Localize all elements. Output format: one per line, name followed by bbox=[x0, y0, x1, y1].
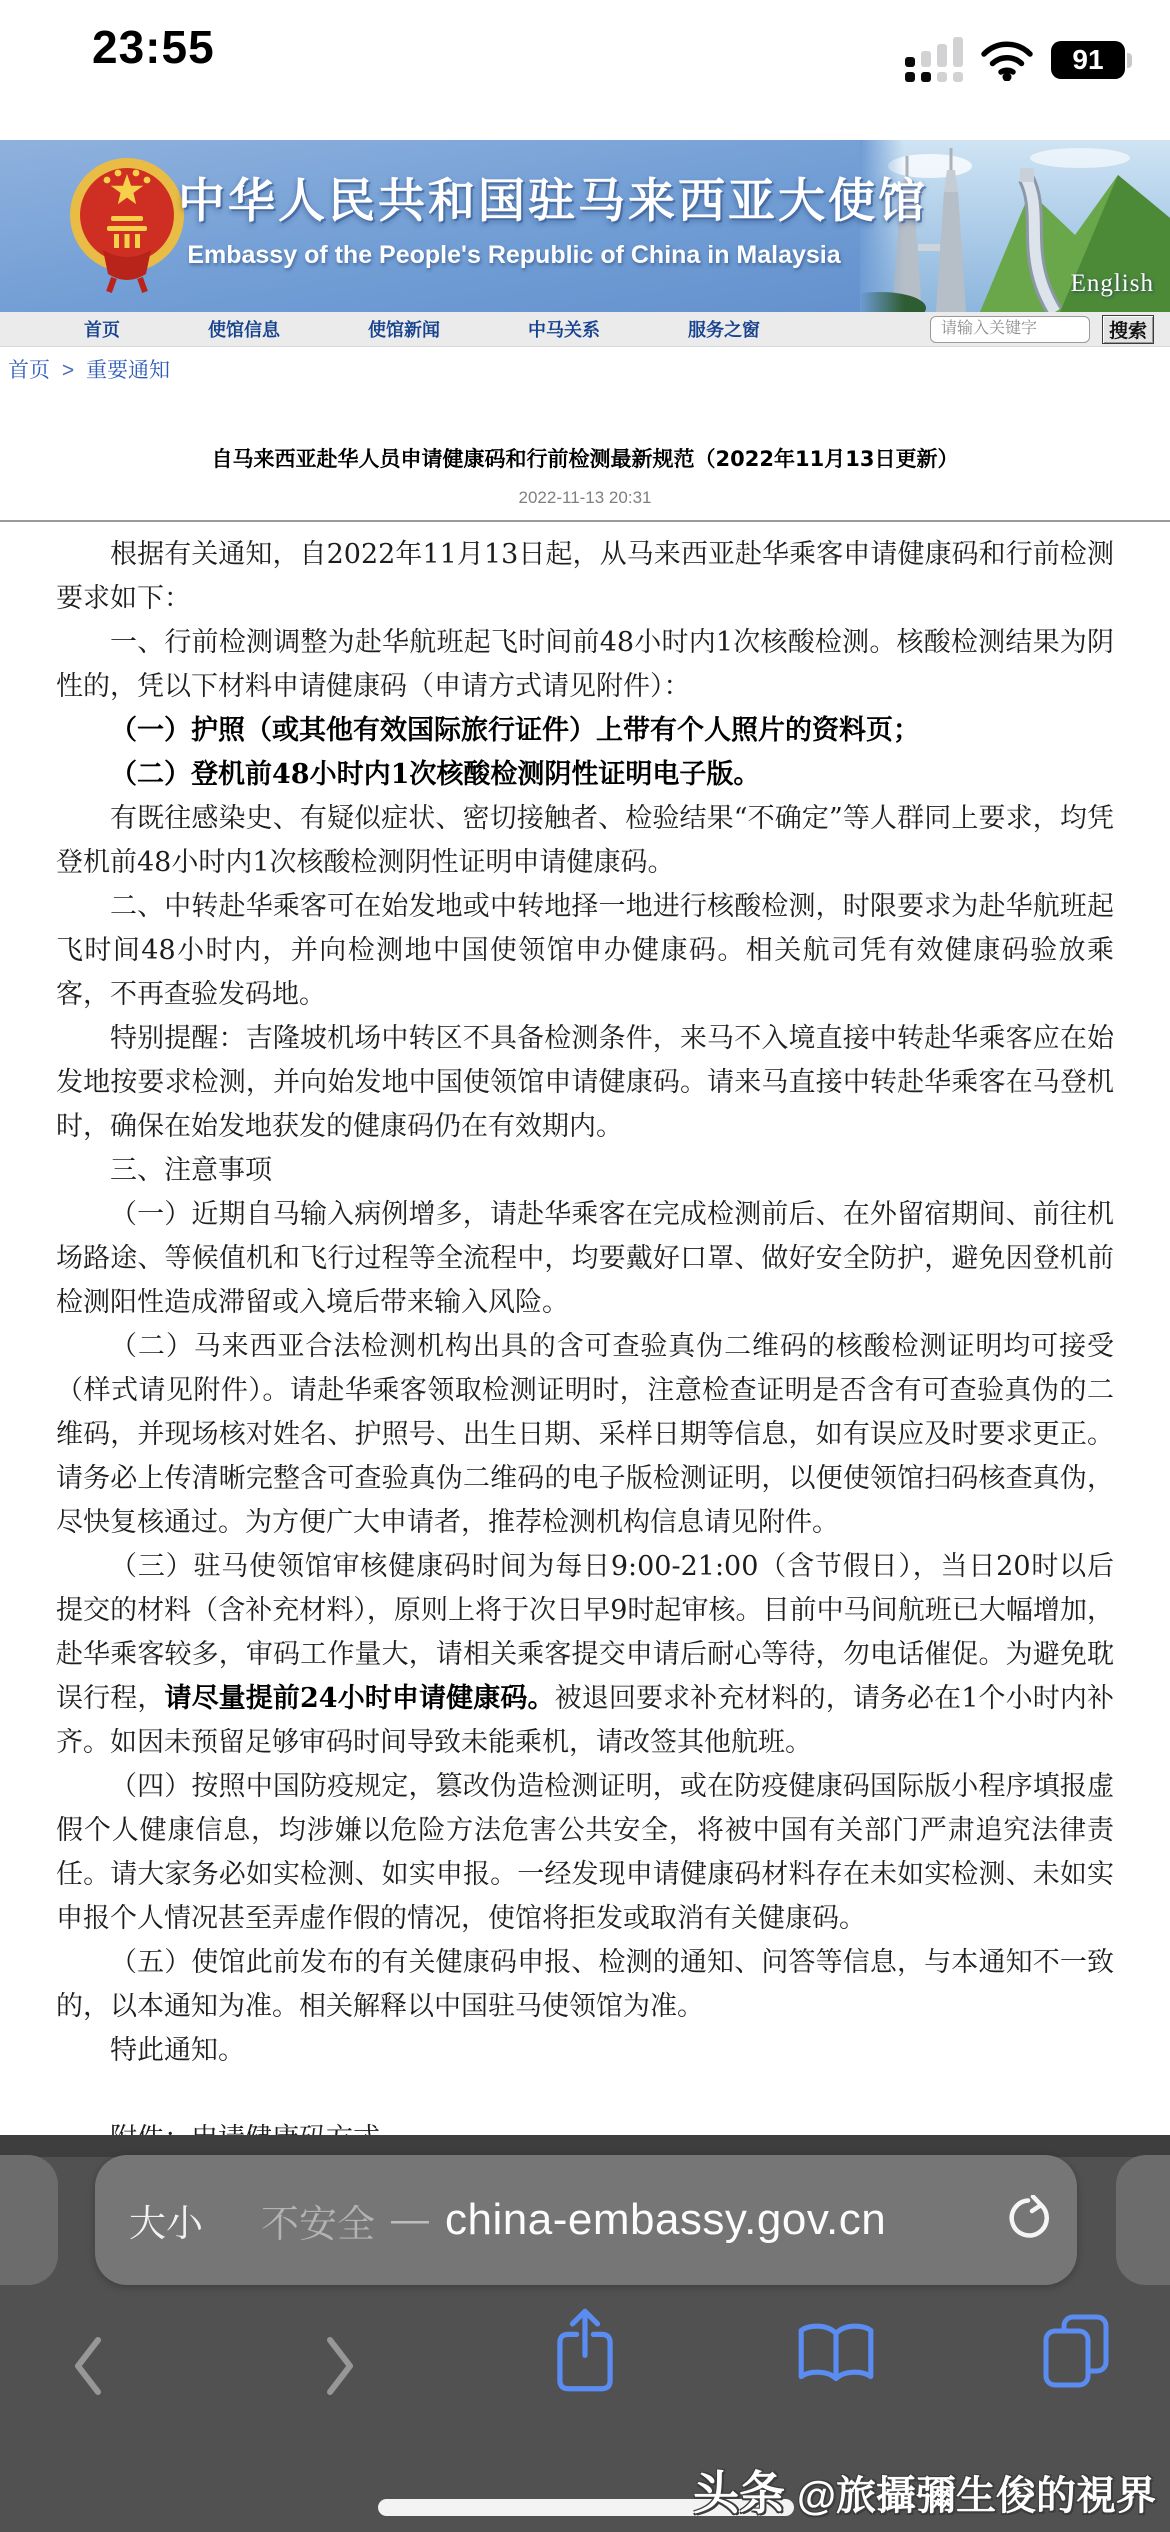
nav-link[interactable]: 使馆信息 bbox=[208, 316, 280, 342]
share-icon[interactable] bbox=[551, 2303, 619, 2395]
nav-link[interactable]: 使馆新闻 bbox=[368, 316, 440, 342]
article-paragraph: （二）登机前48小时内1次核酸检测阴性证明电子版。 bbox=[56, 753, 1114, 797]
breadcrumb-home-link[interactable]: 首页 bbox=[8, 359, 50, 382]
national-emblem bbox=[66, 154, 188, 301]
article-paragraph: 根据有关通知，自2022年11月13日起，从马来西亚赴华乘客申请健康码和行前检测… bbox=[56, 533, 1114, 621]
embassy-banner: 中华人民共和国驻马来西亚大使馆 Embassy of the People's … bbox=[0, 140, 1170, 312]
article-paragraph: （二）马来西亚合法检测机构出具的含可查验真伪二维码的核酸检测证明均可接受（样式请… bbox=[56, 1325, 1114, 1545]
article-date: 2022-11-13 20:31 bbox=[0, 488, 1170, 508]
address-bar[interactable]: 大小 不安全 — china-embassy.gov.cn bbox=[95, 2155, 1077, 2285]
refresh-icon[interactable] bbox=[1005, 2195, 1051, 2245]
article-paragraph: （五）使馆此前发布的有关健康码申报、检测的通知、问答等信息，与本通知不一致的，以… bbox=[56, 1941, 1114, 2029]
notice-article: 自马来西亚赴华人员申请健康码和行前检测最新规范（2022年11月13日更新） 2… bbox=[0, 443, 1170, 2161]
battery-icon: 91 bbox=[1051, 41, 1132, 79]
watermark: 头条 @旅攝彌生俊的視界 bbox=[693, 2457, 1156, 2523]
breadcrumb-separator: > bbox=[62, 359, 74, 382]
breadcrumb: 首页 > 重要通知 bbox=[8, 354, 170, 384]
site-search: 搜索 bbox=[930, 315, 1154, 344]
url-text: china-embassy.gov.cn bbox=[445, 2195, 886, 2245]
tabs-icon[interactable] bbox=[1041, 2313, 1111, 2389]
wifi-icon bbox=[980, 39, 1034, 81]
text-size-button[interactable]: 大小 bbox=[129, 2193, 203, 2247]
search-input[interactable] bbox=[930, 316, 1090, 343]
safari-bottom-bar: 大小 不安全 — china-embassy.gov.cn bbox=[0, 2135, 1170, 2532]
nav-link[interactable]: 中马关系 bbox=[528, 316, 600, 342]
forward-button[interactable] bbox=[323, 2335, 357, 2397]
article-paragraph: 特此通知。 bbox=[56, 2029, 1114, 2073]
iphone-screen: 23:55 91 bbox=[0, 0, 1170, 2532]
article-paragraph: （四）按照中国防疫规定，篡改伪造检测证明，或在防疫健康码国际版小程序填报虚假个人… bbox=[56, 1765, 1114, 1941]
adjacent-tab-right[interactable] bbox=[1116, 2155, 1170, 2285]
article-paragraph: （一）护照（或其他有效国际旅行证件）上带有个人照片的资料页； bbox=[56, 709, 1114, 753]
not-secure-label: 不安全 bbox=[261, 2193, 375, 2248]
adjacent-tab-left[interactable] bbox=[0, 2155, 58, 2285]
status-icons: 91 bbox=[905, 36, 1132, 84]
article-paragraph: 二、中转赴华乘客可在始发地或中转地择一地进行核酸检测，时限要求为赴华航班起飞时间… bbox=[56, 885, 1114, 1017]
embassy-title-english: Embassy of the People's Republic of Chin… bbox=[178, 241, 850, 270]
nav-link[interactable]: 首页 bbox=[84, 316, 120, 342]
cellular-signal-icon bbox=[905, 38, 963, 82]
watermark-handle: @旅攝彌生俊的視界 bbox=[797, 2464, 1156, 2521]
article-paragraph: （一）近期自马输入病例增多，请赴华乘客在完成检测前后、在外留宿期间、前往机场路途… bbox=[56, 1193, 1114, 1325]
article-paragraph: 一、行前检测调整为赴华航班起飞时间前48小时内1次核酸检测。核酸检测结果为阴性的… bbox=[56, 621, 1114, 709]
url-separator: — bbox=[391, 2199, 429, 2242]
search-button[interactable]: 搜索 bbox=[1102, 315, 1154, 344]
breadcrumb-current: 重要通知 bbox=[86, 359, 170, 382]
toolbar-top-edge bbox=[0, 2135, 1170, 2157]
status-bar: 23:55 91 bbox=[0, 0, 1170, 140]
article-paragraph: （三）驻马使领馆审核健康码时间为每日9:00-21:00（含节假日），当日20时… bbox=[56, 1545, 1114, 1765]
article-title: 自马来西亚赴华人员申请健康码和行前检测最新规范（2022年11月13日更新） bbox=[0, 443, 1170, 473]
article-body: 根据有关通知，自2022年11月13日起，从马来西亚赴华乘客申请健康码和行前检测… bbox=[0, 522, 1170, 2161]
clock: 23:55 bbox=[92, 20, 215, 74]
article-paragraph: 有既往感染史、有疑似症状、密切接触者、检验结果“不确定”等人群同上要求，均凭登机… bbox=[56, 797, 1114, 885]
nav-links: 首页使馆信息使馆新闻中马关系服务之窗 bbox=[84, 316, 760, 342]
battery-percent: 91 bbox=[1072, 44, 1103, 76]
bookmarks-icon[interactable] bbox=[793, 2321, 879, 2387]
site-navbar: 首页使馆信息使馆新闻中马关系服务之窗 搜索 bbox=[0, 312, 1170, 347]
article-paragraph: 三、注意事项 bbox=[56, 1149, 1114, 1193]
english-language-link[interactable]: English bbox=[1071, 270, 1154, 298]
embassy-title-chinese: 中华人民共和国驻马来西亚大使馆 bbox=[178, 164, 850, 231]
article-paragraph: 特别提醒：吉隆坡机场中转区不具备检测条件，来马不入境直接中转赴华乘客应在始发地按… bbox=[56, 1017, 1114, 1149]
watermark-brand: 头条 bbox=[693, 2457, 785, 2523]
nav-link[interactable]: 服务之窗 bbox=[688, 316, 760, 342]
back-button[interactable] bbox=[71, 2335, 105, 2397]
